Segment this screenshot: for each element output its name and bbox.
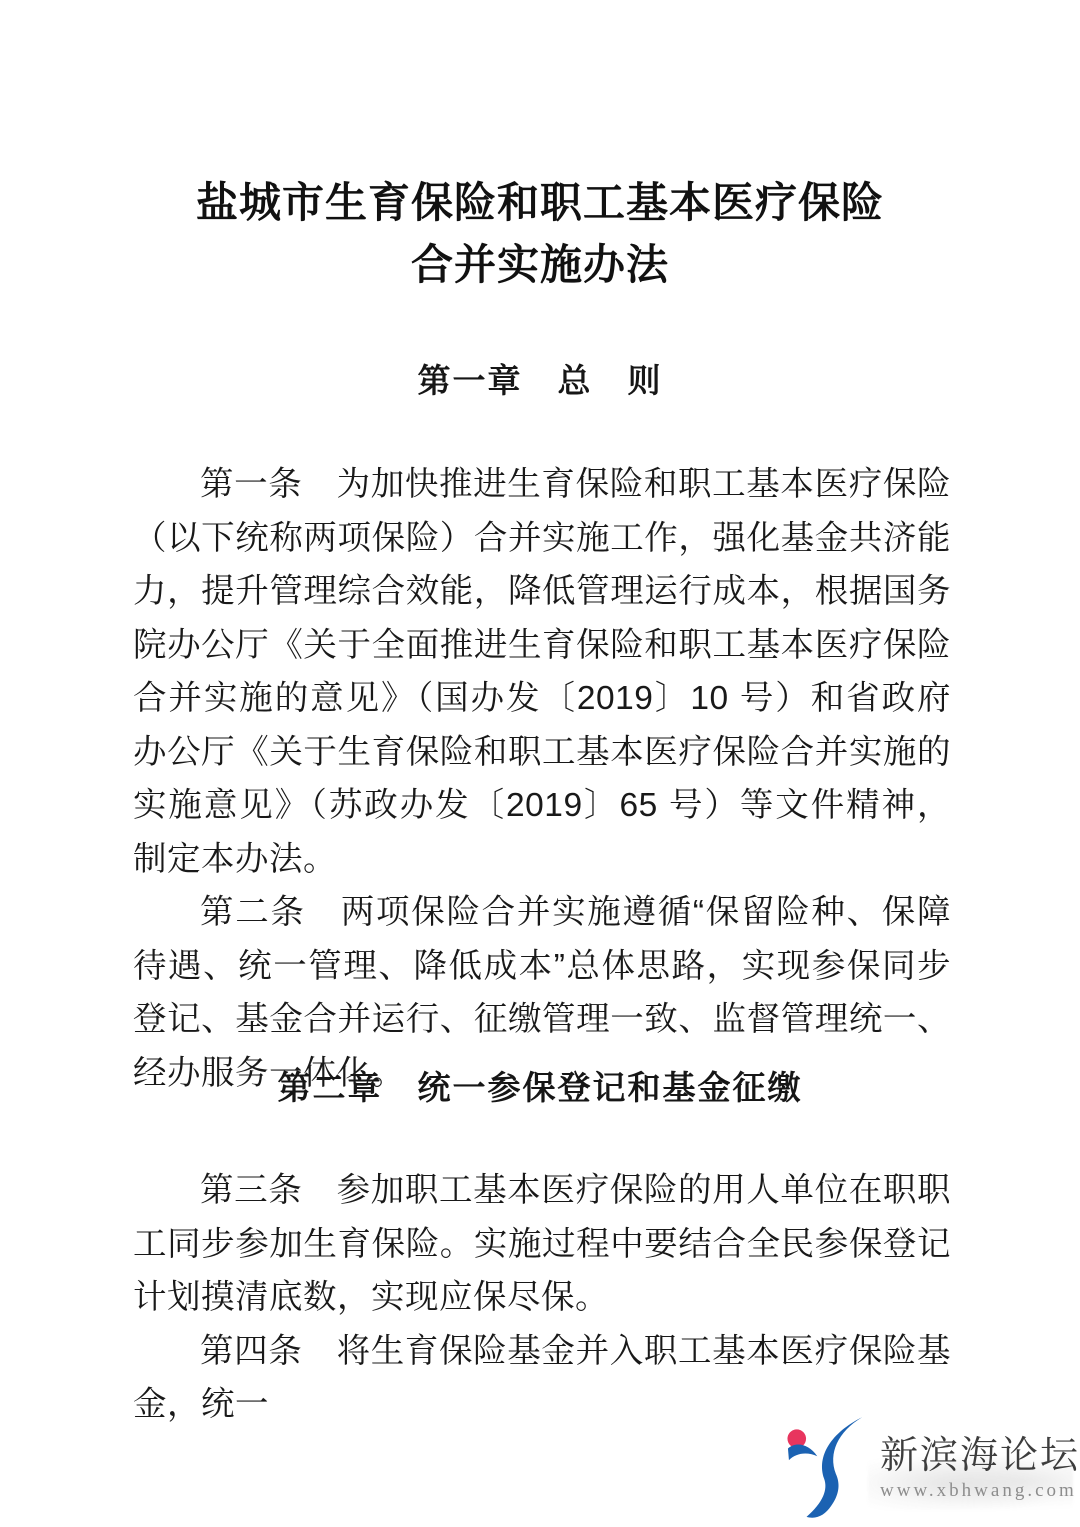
chapter-2-body: 第三条 参加职工基本医疗保险的用人单位在职职工同步参加生育保险。实施过程中要结合… [133,1164,951,1432]
chapter-1-heading: 第一章 总 则 [0,355,1080,402]
document-title: 盐城市生育保险和职工基本医疗保险 合并实施办法 [0,172,1080,296]
site-name: 新滨海论坛 [880,1434,1080,1478]
site-url: www.xbhwang.com [880,1479,1080,1503]
article-3-paragraph: 第三条 参加职工基本医疗保险的用人单位在职职工同步参加生育保险。实施过程中要结合… [133,1164,951,1325]
forum-person-logo-icon [786,1412,874,1524]
document-title-line-1: 盐城市生育保险和职工基本医疗保险 [0,172,1080,234]
document-page: 盐城市生育保险和职工基本医疗保险 合并实施办法 第一章 总 则 第一条 为加快推… [0,0,1080,1527]
logo-wing-shape [788,1445,817,1461]
article-1-paragraph: 第一条 为加快推进生育保险和职工基本医疗保险（以下统称两项保险）合并实施工作，强… [133,458,951,886]
document-title-line-2: 合并实施办法 [0,234,1080,296]
chapter-2-heading: 第二章 统一参保登记和基金征缴 [0,1062,1080,1109]
logo-text-block: 新滨海论坛 www.xbhwang.com [880,1412,1080,1503]
chapter-1-body: 第一条 为加快推进生育保险和职工基本医疗保险（以下统称两项保险）合并实施工作，强… [133,458,951,1100]
site-logo: 新滨海论坛 www.xbhwang.com [786,1412,1078,1524]
logo-body-swoosh [807,1417,863,1518]
